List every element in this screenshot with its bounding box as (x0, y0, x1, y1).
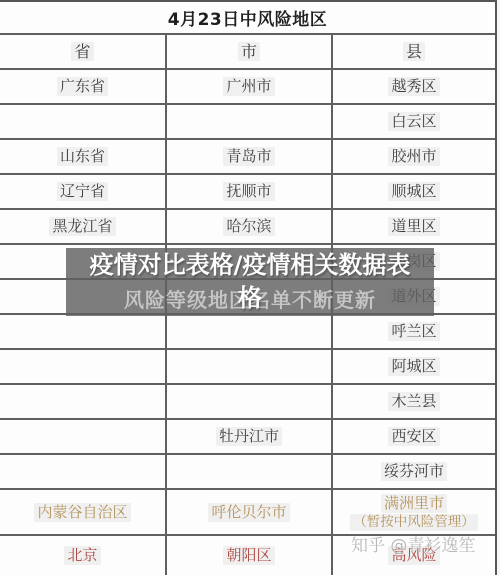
county-cell: 白云区 (331, 105, 495, 138)
table-row: 辽宁省 抚顺市 顺城区 (0, 175, 495, 210)
province-cell: 黑龙江省 (0, 210, 165, 243)
province-cell (0, 455, 165, 488)
county-cell: 木兰县 (331, 385, 495, 418)
city-cell (165, 385, 331, 418)
city-cell: 呼伦贝尔市 (165, 490, 331, 534)
column-header-county: 县 (331, 35, 495, 68)
province-cell (0, 385, 165, 418)
table-row: 牡丹江市 西安区 (0, 420, 495, 455)
county-cell: 胶州市 (331, 140, 495, 173)
overlay-headline: 疫情对比表格/疫情相关数据表格 (66, 249, 434, 315)
zhihu-watermark: 知乎 @青衫逸笙 (351, 531, 475, 556)
table-row: 阿城区 (0, 350, 495, 385)
table-header-row: 省 市 县 (0, 35, 495, 70)
county-cell: 满洲里市 （暂按中风险管理） (331, 490, 495, 534)
table-row: 黑龙江省 哈尔滨 道里区 (0, 210, 495, 245)
overlay-banner: 风险等级地区名单不断更新 疫情对比表格/疫情相关数据表格 (66, 248, 434, 316)
table-row: 木兰县 (0, 385, 495, 420)
province-cell: 北京 (0, 536, 165, 575)
province-cell (0, 315, 165, 348)
county-cell: 西安区 (331, 420, 495, 453)
county-cell: 阿城区 (331, 350, 495, 383)
province-cell (0, 420, 165, 453)
table-title-row: 4月23日中风险地区 (0, 2, 495, 35)
screenshot-root: 4月23日中风险地区 省 市 县 广东省 广州市 越秀区 白云区 山东省 青岛市… (0, 0, 500, 575)
city-cell: 抚顺市 (165, 175, 331, 208)
province-cell (0, 105, 165, 138)
province-cell: 辽宁省 (0, 175, 165, 208)
table-row: 呼兰区 (0, 315, 495, 350)
county-cell: 呼兰区 (331, 315, 495, 348)
table-row: 白云区 (0, 105, 495, 140)
province-cell: 山东省 (0, 140, 165, 173)
city-cell (165, 455, 331, 488)
city-cell (165, 105, 331, 138)
city-cell: 青岛市 (165, 140, 331, 173)
city-cell: 牡丹江市 (165, 420, 331, 453)
city-cell: 哈尔滨 (165, 210, 331, 243)
city-cell: 朝阳区 (165, 536, 331, 575)
county-note: （暂按中风险管理） (350, 514, 478, 531)
table-title: 4月23日中风险地区 (168, 5, 328, 30)
city-cell (165, 315, 331, 348)
table-row: 广东省 广州市 越秀区 (0, 70, 495, 105)
province-cell (0, 350, 165, 383)
table-row: 绥芬河市 (0, 455, 495, 490)
table-row: 内蒙谷自治区 呼伦贝尔市 满洲里市 （暂按中风险管理） (0, 490, 495, 536)
province-cell: 广东省 (0, 70, 165, 103)
city-cell: 广州市 (165, 70, 331, 103)
city-cell (165, 350, 331, 383)
column-header-province: 省 (0, 35, 165, 68)
county-cell: 顺城区 (331, 175, 495, 208)
column-header-city: 市 (165, 35, 331, 68)
county-cell: 绥芬河市 (331, 455, 495, 488)
table-row: 山东省 青岛市 胶州市 (0, 140, 495, 175)
province-cell: 内蒙谷自治区 (0, 490, 165, 534)
county-cell: 越秀区 (331, 70, 495, 103)
county-cell: 道里区 (331, 210, 495, 243)
